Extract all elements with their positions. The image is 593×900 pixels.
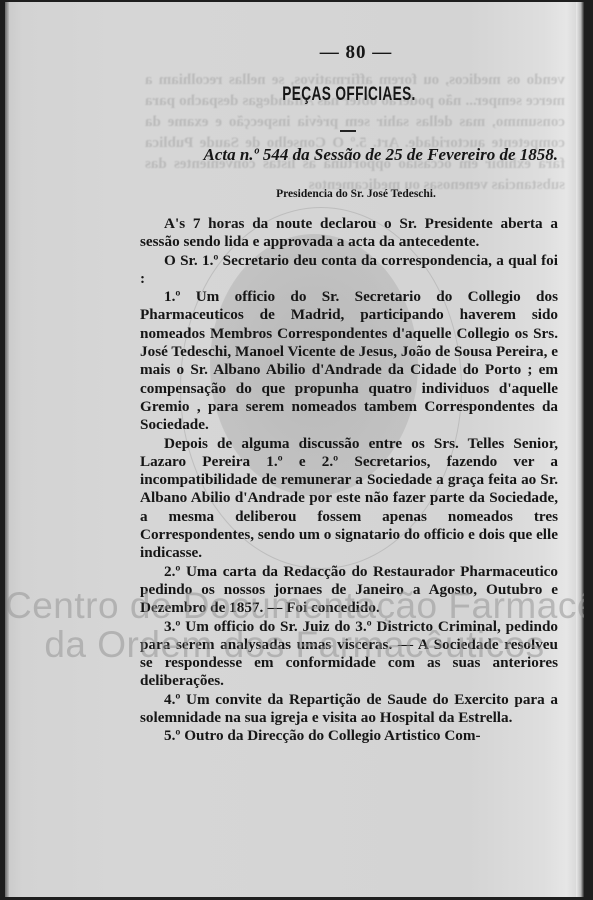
page-number: — 80 — <box>140 42 565 64</box>
section-title: PEÇAS OFFICIAES. <box>199 84 500 106</box>
item-5: 5.º Outro da Direcção do Collegio Artist… <box>140 727 558 745</box>
paragraph-opening: A's 7 horas da noute declarou o Sr. Pres… <box>140 215 558 252</box>
item-number: 4.º <box>164 691 180 708</box>
title-rule-divider <box>340 130 356 132</box>
page-right-edge <box>576 2 584 897</box>
watermark-line-2: da Ordem dos Farmacêuticos <box>5 624 584 666</box>
paragraph-text: Outro da Direcção do Collegio Artistico … <box>180 727 480 744</box>
item-number: 1.º <box>164 288 180 305</box>
scanned-page: vendo os medicos, ou forem affirmativos,… <box>5 2 584 897</box>
paragraph-text: Um convite da Repartição de Saude do Exe… <box>140 691 558 726</box>
item-1: 1.º Um officio do Sr. Secretario do Coll… <box>140 288 558 434</box>
watermark-line-1: Centro de Documentação Farmacêutica <box>5 585 584 627</box>
presidencia-line: Presidencia do Sr. José Tedeschi. <box>140 188 565 200</box>
item-number: 5.º <box>164 727 180 744</box>
paragraph-text: A's 7 horas da noute declarou o Sr. Pres… <box>140 215 558 250</box>
acta-title: Acta n.º 544 da Sessão de 25 de Fevereir… <box>140 145 558 165</box>
paragraph-text: Um officio do Sr. Secretario do Collegio… <box>140 288 558 433</box>
paragraph-text: Depois de alguma discussão entre os Srs.… <box>140 435 558 562</box>
paragraph-discussion: Depois de alguma discussão entre os Srs.… <box>140 435 558 563</box>
body-text: A's 7 horas da noute declarou o Sr. Pres… <box>140 215 558 746</box>
item-4: 4.º Um convite da Repartição de Saude do… <box>140 691 558 728</box>
paragraph-text: O Sr. 1.º Secretario deu conta da corres… <box>140 252 558 287</box>
item-number: 2.º <box>164 563 180 580</box>
page-left-shadow <box>5 2 9 897</box>
paragraph-correspondence-intro: O Sr. 1.º Secretario deu conta da corres… <box>140 252 558 289</box>
